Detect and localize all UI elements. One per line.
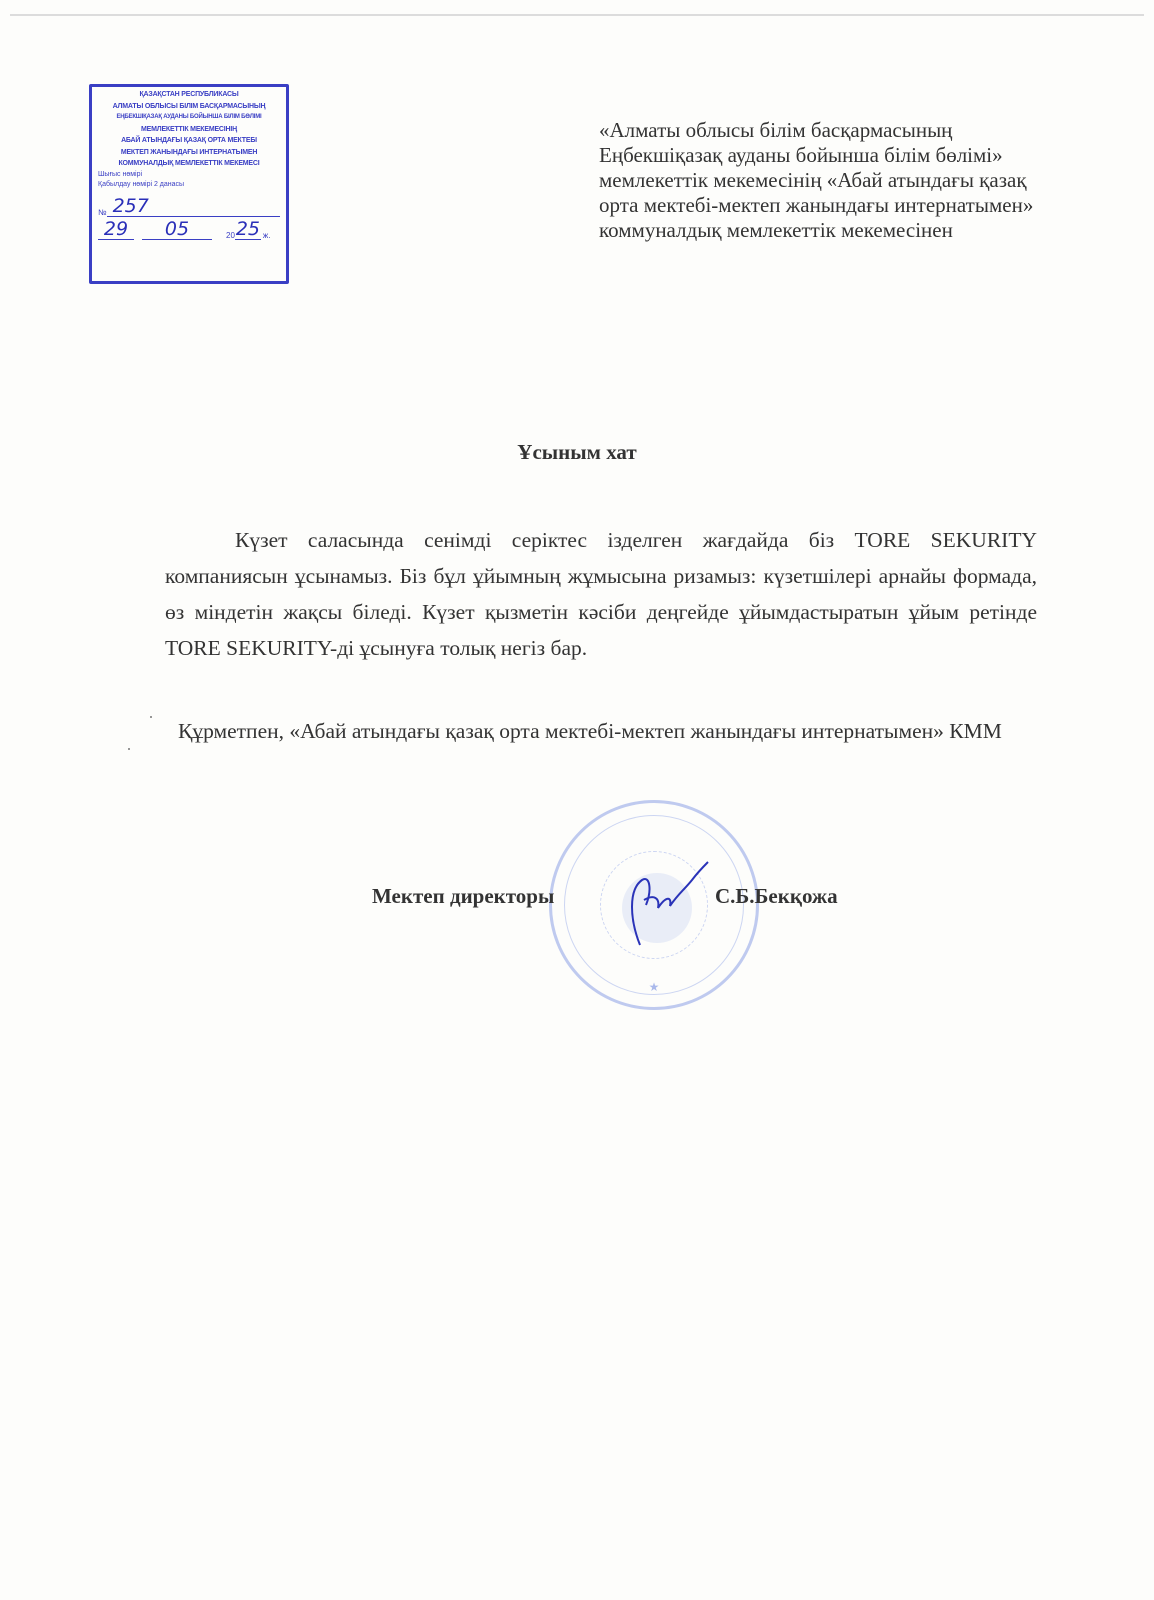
svg-text:★: ★: [649, 980, 660, 994]
stamp-line: ҚАЗАҚСТАН РЕСПУБЛИКАСЫ: [92, 89, 286, 101]
stamp-label-received: Қабылдау нөмірі 2 данасы: [92, 180, 286, 190]
stamp-line: МЕМЛЕКЕТТІК МЕКЕМЕСІНІҢ: [92, 124, 286, 136]
closing-paragraph: Құрметпен, «Абай атындағы қазақ орта мек…: [178, 716, 1038, 746]
registration-stamp: ҚАЗАҚСТАН РЕСПУБЛИКАСЫ АЛМАТЫ ОБЛЫСЫ БІЛ…: [89, 84, 289, 284]
date-suffix: ж.: [263, 231, 271, 240]
date-month-field: 05: [142, 219, 212, 240]
signature-icon: [620, 850, 710, 960]
stamp-line: АЛМАТЫ ОБЛЫСЫ БІЛІМ БАСҚАРМАСЫНЫҢ: [92, 101, 286, 113]
stamp-line: ЕҢБЕКШІҚАЗАҚ АУДАНЫ БОЙЫНША БІЛІМ БӨЛІМІ: [92, 112, 286, 124]
signatory-name: С.Б.Бекқожа: [715, 884, 838, 909]
number-field: 257: [107, 196, 280, 217]
stamp-line: МЕКТЕП ЖАНЫНДАҒЫ ИНТЕРНАТЫМЕН: [92, 147, 286, 159]
stamp-line: КОММУНАЛДЫҚ МЕМЛЕКЕТТІК МЕКЕМЕСІ: [92, 158, 286, 170]
stamp-number-row: № 257: [92, 196, 286, 217]
date-year-field: 25: [235, 219, 261, 240]
date-month: 05: [165, 218, 189, 240]
number-prefix: №: [98, 208, 107, 217]
addressee-block: «Алматы облысы білім басқармасының Еңбек…: [599, 118, 1039, 243]
stamp-line: АБАЙ АТЫНДАҒЫ ҚАЗАҚ ОРТА МЕКТЕБІ: [92, 135, 286, 147]
date-day-field: 29: [98, 219, 134, 240]
scan-speck: [150, 716, 152, 718]
signatory-title: Мектеп директоры: [372, 884, 554, 909]
scan-page-edge: [10, 14, 1144, 16]
registration-number: 257: [113, 195, 149, 217]
stamp-date-row: 29 05 20 25 ж.: [92, 219, 286, 240]
letter-body: Күзет саласында сенімді серіктес ізделге…: [165, 522, 1037, 666]
date-year: 25: [236, 218, 260, 240]
date-year-prefix: 20: [226, 231, 235, 240]
scan-speck: [128, 748, 130, 750]
stamp-header: ҚАЗАҚСТАН РЕСПУБЛИКАСЫ АЛМАТЫ ОБЛЫСЫ БІЛ…: [92, 89, 286, 170]
stamp-label-outgoing: Шығыс нөмірі: [92, 170, 286, 180]
date-day: 29: [104, 218, 128, 240]
document-title: Ұсыным хат: [0, 440, 1154, 465]
